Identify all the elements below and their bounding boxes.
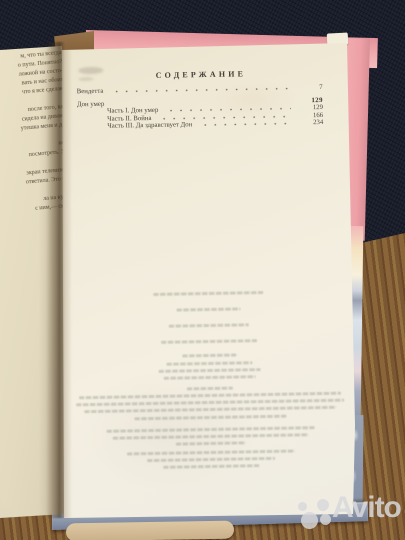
toc-entry-label: Часть III. Да здравствует Дон: [107, 121, 192, 130]
show-through-line: [163, 464, 259, 469]
toc-leader-dots: [109, 85, 290, 93]
show-through-line: [147, 457, 275, 462]
show-through-print: [74, 290, 345, 471]
show-through-line: [134, 415, 286, 421]
left-fragment-line: утешка меня и два: [0, 121, 68, 139]
toc-leader-dots: [198, 119, 291, 126]
left-fragment-line: что я все сделаю: [0, 85, 65, 103]
show-through-line: [161, 339, 257, 344]
left-fragment-line: [0, 94, 66, 112]
left-fragment-line: вать и нас обоих: [0, 76, 64, 94]
show-through-line: [127, 450, 295, 456]
photo-scene: м, что ты всегдао пути. Понятно?ложной н…: [0, 0, 405, 540]
show-through-line: [182, 354, 236, 358]
left-fragment-line: ложной на состо-: [0, 67, 63, 85]
show-through-line: [159, 368, 261, 373]
show-through-line: [153, 291, 263, 296]
avito-watermark: Avito: [290, 490, 405, 538]
avito-logo-icon: [301, 512, 318, 529]
left-fragment-line: сидела на диване,: [0, 112, 67, 130]
left-fragment-line: ней.: [0, 139, 70, 157]
left-fragment-line: [0, 157, 71, 175]
show-through-line: [84, 406, 336, 413]
left-fragment-line: ответила. Это был: [0, 175, 73, 193]
toc-title: СОДЕРЖАНИЕ: [76, 68, 322, 81]
left-fragment-line: после того, как: [0, 103, 66, 121]
left-fragment-line: о пути. Понятно?: [0, 58, 63, 76]
contents-page: СОДЕРЖАНИЕ Вендетта7Дон умер129Часть I. …: [58, 40, 358, 520]
toc-leader-dots: [157, 112, 291, 119]
avito-logo-icon: [317, 499, 329, 511]
show-through-line: [187, 387, 233, 391]
avito-logo-icon: [298, 502, 307, 511]
left-fragment-line: м, что ты всегда: [0, 49, 62, 67]
left-fragment-line: [0, 130, 69, 148]
show-through-line: [176, 307, 240, 311]
toc-entry-label: Вендетта: [77, 88, 104, 96]
toc-page-number: 234: [297, 119, 323, 127]
toc-entry-label: Дон умер: [77, 101, 105, 109]
left-fragment-line: экран телевизора,: [0, 166, 72, 184]
tan-strap: [66, 521, 234, 540]
show-through-line: [166, 361, 252, 366]
show-through-line: [76, 399, 344, 407]
left-fragment-line: [0, 183, 74, 201]
toc-leader-dots: [164, 105, 291, 112]
show-through-line: [79, 392, 341, 400]
show-through-line: [169, 323, 249, 327]
show-through-line: [113, 433, 309, 439]
show-through-line: [176, 441, 246, 445]
table-of-contents: СОДЕРЖАНИЕ Вендетта7Дон умер129Часть I. …: [76, 68, 323, 130]
left-page: м, что ты всегдао пути. Понятно?ложной н…: [0, 44, 70, 522]
toc-row: Вендетта7: [77, 84, 323, 95]
avito-logo-icon: [320, 514, 331, 525]
avito-watermark-text: Avito: [332, 491, 401, 525]
toc-page-number: 7: [297, 84, 323, 92]
toc-entries: Вендетта7Дон умер129Часть I. Дон умер129…: [77, 84, 324, 130]
left-fragment-line: посмотреть. Хо-: [0, 148, 70, 166]
show-through-line: [164, 375, 256, 380]
contents-page-content: СОДЕРЖАНИЕ Вендетта7Дон умер129Часть I. …: [54, 37, 362, 522]
show-through-line: [107, 426, 315, 433]
